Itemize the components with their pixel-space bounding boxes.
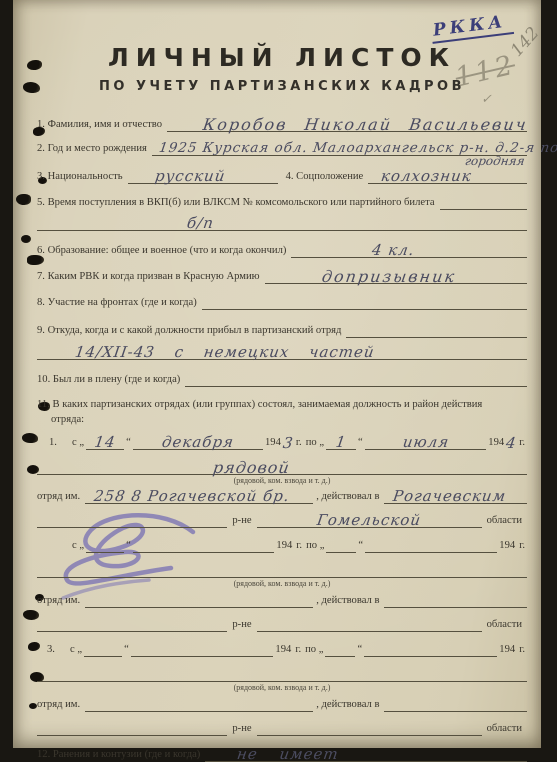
field-birth-label: 2. Год и место рождения: [37, 142, 152, 156]
field-rvk-value: допризывник: [321, 269, 457, 284]
field-rvk-label: 7. Каким РВК и когда призван в Красную А…: [37, 270, 265, 284]
printed-acted-label: , действовал в: [313, 490, 384, 504]
entry-lead-line: [37, 513, 227, 528]
field-nationality-label: 3. Национальность: [37, 170, 128, 184]
field-units-header-line1: 11. В каких партизанских отрядах (или гр…: [37, 398, 487, 412]
field-fronts-line: [202, 295, 527, 310]
form-subtitle: ПО УЧЕТУ ПАРТИЗАНСКИХ КАДРОВ: [37, 79, 527, 95]
service-entry-3-role: [37, 667, 527, 682]
entry-district-line: [257, 721, 482, 736]
field-arrival-line: 14/XII-43 с немецких частей: [37, 345, 527, 360]
field-nationality-value: русский: [154, 169, 226, 184]
printed-oblast-label: области: [482, 618, 527, 632]
service-entry-1-dates: 1. с „ 14 “ декабря 194 3 г. по „ 1 “ ию…: [37, 435, 527, 450]
field-rvk-line: допризывник: [265, 269, 527, 284]
field-education-line: 4 кл.: [291, 243, 527, 258]
entry-district-line: Гомельской: [257, 513, 482, 528]
field-surname-line: Коробов Николай Васильевич: [167, 117, 527, 132]
field-party: 5. Время поступления в ВКП(б) или ВЛКСМ …: [37, 195, 527, 210]
hole-punch: [21, 235, 31, 243]
printed-194: 194: [486, 436, 506, 450]
service-entry-2-district: р-не области: [37, 617, 527, 632]
printed-acted-label: , действовал в: [313, 594, 384, 608]
entry-day2-line: [325, 642, 355, 657]
printed-c: с „: [68, 643, 84, 657]
printed-oblast-label: области: [482, 722, 527, 736]
field-wounds-value: не имеет: [236, 747, 340, 762]
hole-punch: [29, 703, 37, 709]
printed-g: г.: [293, 643, 303, 657]
entry-day2-line: [326, 538, 356, 553]
printed-g: г.: [517, 539, 527, 553]
entry-day2: 1: [335, 435, 348, 450]
entry-year: 3: [282, 436, 295, 451]
entry-unit-line: [85, 697, 313, 712]
field-arrival-value: 14/XII-43 с немецких частей: [74, 345, 376, 360]
entry-day-line: 14: [86, 435, 124, 450]
printed-oblast-label: области: [482, 514, 527, 528]
entry-month-line: [133, 538, 275, 553]
form-content: ЛИЧНЫЙ ЛИСТОК ПО УЧЕТУ ПАРТИЗАНСКИХ КАДР…: [37, 0, 527, 762]
printed-district-label: р-не: [227, 514, 256, 528]
entry-year2-line: 4: [506, 436, 517, 450]
role-caption: (рядовой, ком. взвода и т. д.): [37, 579, 527, 588]
printed-district-label: р-не: [227, 618, 256, 632]
field-rvk: 7. Каким РВК и когда призван в Красную А…: [37, 269, 527, 284]
entry-acted-line: [384, 593, 527, 608]
hole-punch: [16, 194, 31, 205]
field-fronts: 8. Участие на фронтах (где и когда): [37, 295, 527, 310]
entry-role-line: рядовой: [37, 460, 527, 475]
field-nationality-social: 3. Национальность русский 4. Соцположени…: [37, 169, 527, 184]
field-arrival: 9. Откуда, когда и с какой должности при…: [37, 323, 527, 338]
field-pow-label: 10. Был ли в плену (где и когда): [37, 373, 185, 387]
entry-month2-line: июля: [365, 435, 487, 450]
printed-g: г.: [517, 436, 527, 450]
printed-quote: “: [356, 539, 365, 553]
printed-194: 194: [273, 643, 293, 657]
entry-day2-line: 1: [326, 435, 356, 450]
entry-acted-line: Рогачевским: [384, 489, 527, 504]
printed-po: по „: [304, 436, 326, 450]
field-birth: 2. Год и место рождения 1925 Курская обл…: [37, 141, 527, 156]
printed-g: г.: [294, 436, 304, 450]
field-social-line: колхозник: [368, 169, 527, 184]
field-arrival-label: 9. Откуда, когда и с какой должности при…: [37, 324, 346, 338]
field-social-value: колхозник: [380, 169, 473, 184]
service-entry-2-unit: отряд им. , действовал в: [37, 593, 527, 608]
entry-month2-line: [364, 642, 497, 657]
entry-index: 3.: [37, 643, 68, 657]
entry-role-line: [37, 667, 527, 682]
printed-quote: “: [355, 643, 364, 657]
printed-g: г.: [294, 539, 304, 553]
entry-index: 1.: [37, 436, 70, 450]
field-units-header: 11. В каких партизанских отрядах (или гр…: [37, 398, 527, 412]
field-surname-value: Коробов Николай Васильевич: [202, 117, 529, 132]
entry-role: рядовой: [212, 460, 291, 475]
entry-acted: Рогачевским: [392, 489, 507, 504]
printed-unit-label: отряд им.: [37, 490, 85, 504]
field-pow-line: [185, 372, 527, 387]
printed-194: 194: [274, 539, 294, 553]
entry-role-line: [37, 563, 527, 578]
field-social-label: 4. Соцположение: [278, 170, 369, 184]
printed-acted-label: , действовал в: [313, 698, 384, 712]
printed-district-label: р-не: [227, 722, 256, 736]
service-entry-1-district: р-не Гомельской области: [37, 513, 527, 528]
field-education: 6. Образование: общее и военное (что и к…: [37, 243, 527, 258]
field-units-header-line2: отряда:: [37, 413, 89, 427]
printed-194: 194: [497, 643, 517, 657]
entry-acted-line: [384, 697, 527, 712]
entry-unit: 258 8 Рогачевской бр.: [93, 489, 291, 504]
field-units-header2: отряда:: [37, 413, 527, 427]
field-education-label: 6. Образование: общее и военное (что и к…: [37, 244, 291, 258]
entry-month-line: [131, 642, 274, 657]
entry-month-line: декабря: [133, 435, 263, 450]
printed-quote: “: [124, 539, 133, 553]
entry-lead-line: [37, 617, 227, 632]
entry-unit-line: [85, 593, 313, 608]
field-party-label: 5. Время поступления в ВКП(б) или ВЛКСМ …: [37, 196, 440, 210]
printed-c: с „: [70, 436, 86, 450]
printed-g: г.: [517, 643, 527, 657]
entry-month2-line: [365, 538, 497, 553]
entry-day: 14: [93, 435, 116, 450]
field-arrival-line-short: [346, 323, 527, 338]
printed-c: с „: [70, 539, 86, 553]
printed-194: 194: [497, 539, 517, 553]
field-wounds-line: не имеет: [205, 747, 527, 762]
field-education-value: 4 кл.: [370, 243, 415, 258]
entry-month: декабря: [161, 435, 235, 450]
scanned-document-page: { "annotations": { "rkka": "РККА", "penc…: [0, 0, 557, 762]
service-entry-3-unit: отряд им. , действовал в: [37, 697, 527, 712]
printed-po: по „: [304, 539, 326, 553]
field-party-cont: б/п: [37, 216, 527, 231]
entry-lead-line: [37, 721, 227, 736]
service-entry-3-district: р-не области: [37, 721, 527, 736]
entry-unit-line: 258 8 Рогачевской бр.: [85, 489, 313, 504]
printed-quote: “: [122, 643, 131, 657]
service-entry-2-role: [37, 563, 527, 578]
entry-year-line: 3: [283, 436, 294, 450]
printed-quote: “: [356, 436, 365, 450]
field-pow: 10. Был ли в плену (где и когда): [37, 372, 527, 387]
entry-district: Гомельской: [316, 513, 422, 528]
service-entry-1-role: рядовой: [37, 460, 527, 475]
field-surname-label: 1. Фамилия, имя и отчество: [37, 118, 167, 132]
role-caption: (рядовой, ком. взвода и т. д.): [37, 476, 527, 485]
entry-day-line: [86, 538, 124, 553]
field-fronts-label: 8. Участие на фронтах (где и когда): [37, 296, 202, 310]
field-nationality-line: русский: [128, 169, 278, 184]
entry-year2: 4: [505, 436, 518, 451]
field-wounds: 12. Ранения и контузии (где и когда) не …: [37, 747, 527, 762]
field-party-line-short: [440, 195, 527, 210]
form-title: ЛИЧНЫЙ ЛИСТОК: [37, 44, 527, 72]
printed-194: 194: [263, 436, 283, 450]
field-party-value: б/п: [186, 216, 215, 231]
field-wounds-label: 12. Ранения и контузии (где и когда): [37, 748, 205, 762]
field-surname: 1. Фамилия, имя и отчество Коробов Никол…: [37, 117, 527, 132]
entry-month2: июля: [401, 435, 449, 450]
role-caption: (рядовой, ком. взвода и т. д.): [37, 683, 527, 692]
service-entry-2-dates: с „ “ 194 г. по „ “ 194 г.: [37, 538, 527, 553]
field-birth-overflow: городняя: [464, 154, 526, 168]
entry-day-line: [84, 642, 122, 657]
field-arrival-cont: 14/XII-43 с немецких частей: [37, 345, 527, 360]
service-entry-1-unit: отряд им. 258 8 Рогачевской бр. , действ…: [37, 489, 527, 504]
printed-unit-label: отряд им.: [37, 594, 85, 608]
entry-district-line: [257, 617, 482, 632]
form-paper: РККА 142 112 ✓ ЛИЧНЫЙ ЛИСТОК ПО УЧЕТУ ПА…: [13, 0, 541, 748]
printed-po: по „: [303, 643, 325, 657]
printed-quote: “: [124, 436, 133, 450]
hole-punch: [22, 433, 38, 443]
service-entry-3-dates: 3. с „ “ 194 г. по „ “ 194 г.: [37, 642, 527, 657]
field-party-line: б/п: [37, 216, 527, 231]
printed-unit-label: отряд им.: [37, 698, 85, 712]
